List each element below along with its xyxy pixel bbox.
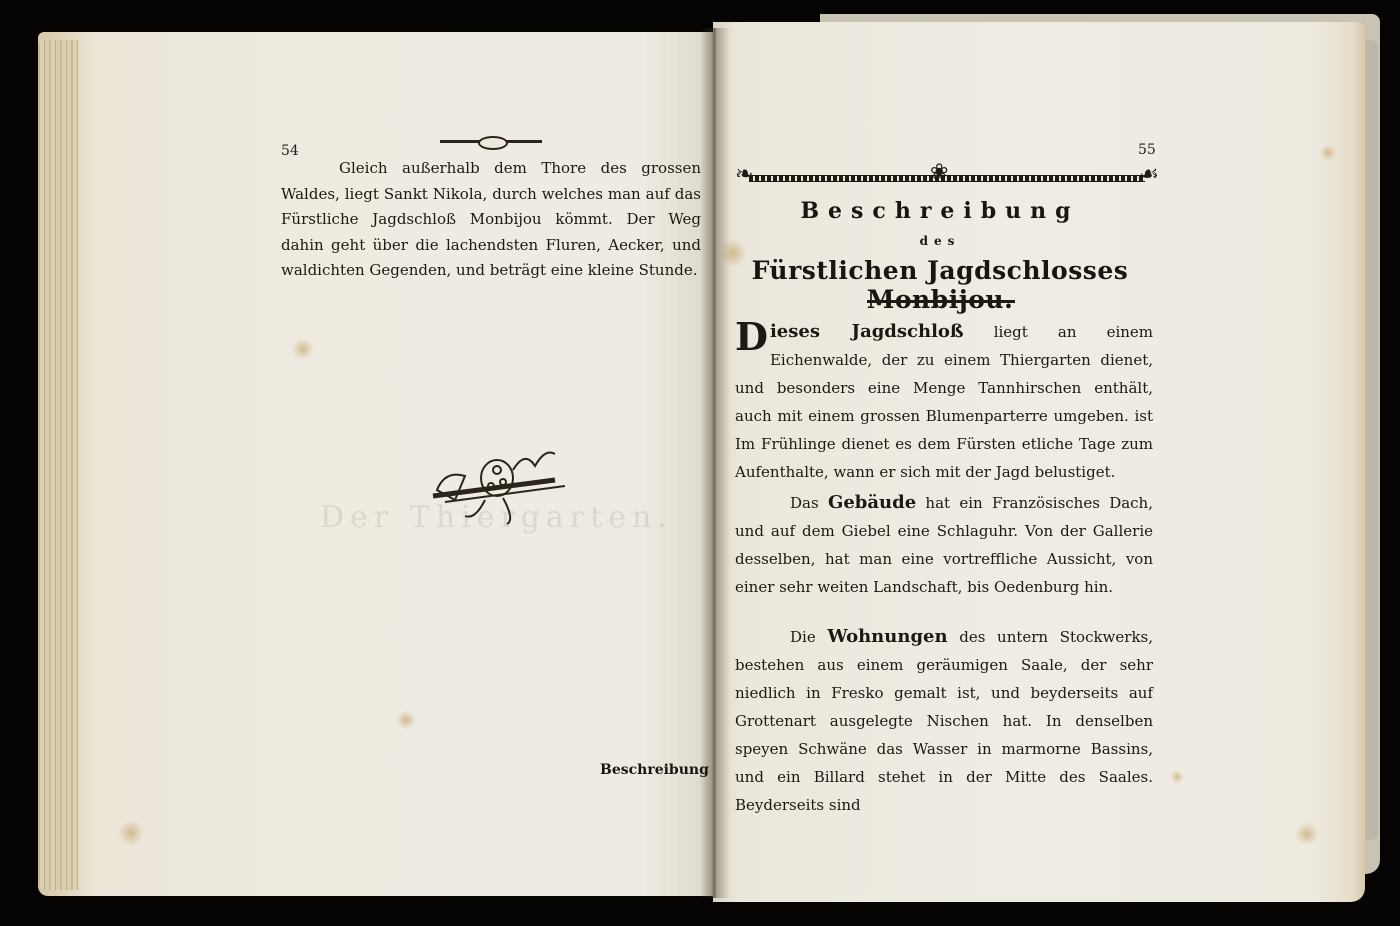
paragraph-3: Die Wohnungen des untern Stockwerks, bes… [735,623,1153,819]
foxing-stain [1320,145,1336,161]
paragraph-2-pre: Das [790,494,828,512]
foxing-stain [1170,770,1184,784]
drop-cap: D [735,320,768,354]
scroll-right-icon: ☙ [1139,164,1159,186]
ornament-icon [478,136,508,150]
paragraph-3-text: des untern Stockwerks, bestehen aus eine… [735,628,1153,814]
ornamental-header-band: ❧ ❀ ☙ [735,162,1159,186]
left-page-paragraph: Gleich außerhalb dem Thore des grossen W… [281,156,701,284]
paragraph-2-emphasis: Gebäude [828,492,916,513]
paragraph-3-emphasis: Wohnungen [827,626,947,647]
foxing-stain [1295,822,1319,846]
heading-line-3: Fürstlichen Jagdschlosses Monbijou. [720,256,1160,314]
paragraph-1: Dieses Jagdschloß liegt an einem Eichenw… [735,318,1153,486]
header-rule [440,140,542,143]
paragraph-1-lead: ieses Jagdschloß [770,321,964,342]
heading-line-2: des [720,234,1160,248]
page-edge-stack [38,40,78,890]
paragraph-2: Das Gebäude hat ein Französisches Dach, … [735,489,1153,601]
page-number-right: 55 [1138,142,1156,158]
foxing-stain [396,710,416,730]
heading-rule [867,300,1015,303]
floral-center-icon: ❀ [930,162,948,184]
paragraph-3-pre: Die [790,628,827,646]
heading-line-1: Beschreibung [720,198,1160,224]
scroll-left-icon: ❧ [735,164,753,186]
foxing-stain [118,820,144,846]
catchword: Beschreibung [600,762,709,778]
foxing-stain [292,338,314,360]
hunting-horn-vignette-icon [415,440,565,530]
paragraph-1-text: liegt an einem Eichenwalde, der zu einem… [735,323,1153,481]
